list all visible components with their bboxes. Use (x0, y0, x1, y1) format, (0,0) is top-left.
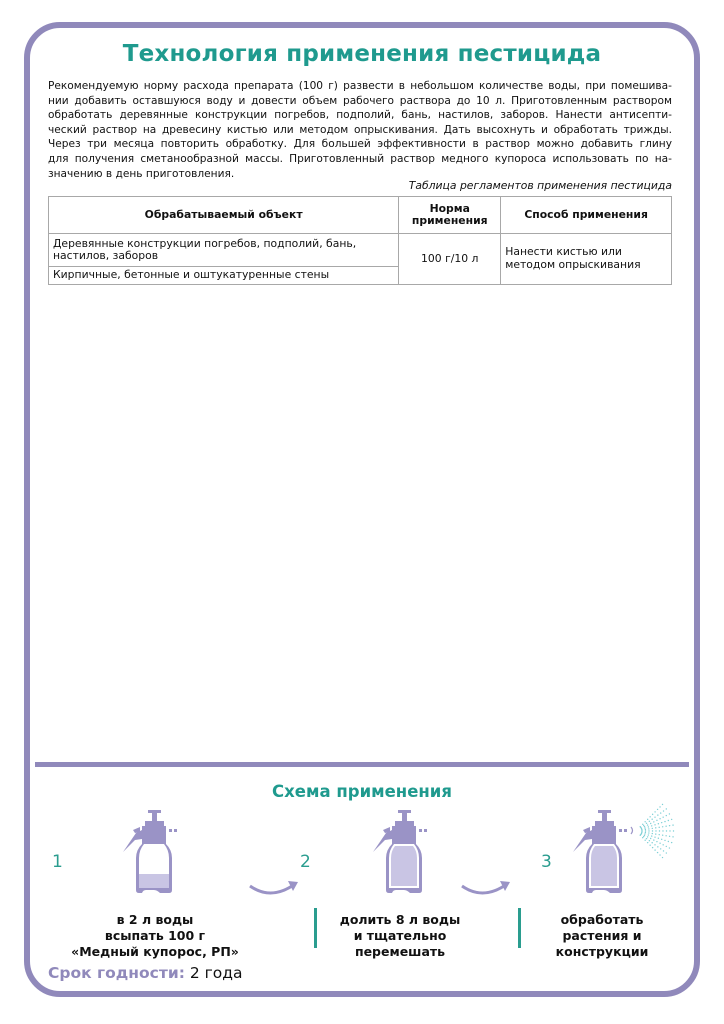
intro-line: обработать деревянные конструкции погреб… (48, 108, 672, 123)
intro-line: для получения сметанообразной массы. При… (48, 152, 672, 167)
step-text-line: перемешать (300, 944, 500, 960)
shelf-life-value: 2 года (190, 964, 243, 982)
step-3-text: обработать растения и конструкции (502, 912, 702, 960)
intro-line: нии добавить оставшуюся воду и довести о… (48, 94, 672, 109)
step-number: 1 (52, 852, 63, 872)
header-rate: Норма применения (399, 197, 501, 234)
step-text-line: всыпать 100 г (55, 928, 255, 944)
spray-bottle-full-icon (370, 808, 432, 896)
scheme-title: Схема применения (0, 782, 724, 801)
table-row: Деревянные конструкции погребов, подполи… (49, 234, 672, 267)
step-number: 2 (300, 852, 311, 872)
step-text-line: «Медный купорос, РП» (55, 944, 255, 960)
step-1-text: в 2 л воды всыпать 100 г «Медный купорос… (55, 912, 255, 960)
page-title: Технология применения пестицида (0, 41, 724, 67)
header-object: Обрабатываемый объект (49, 197, 399, 234)
shelf-life: Срок годности: 2 года (48, 964, 242, 982)
curved-arrow-icon (248, 878, 300, 902)
header-method: Способ применения (501, 197, 672, 234)
table-caption: Таблица регламентов применения пестицида (409, 179, 672, 192)
intro-line: Рекомендуемую норму расхода препарата (1… (48, 79, 672, 94)
step-text-line: конструкции (502, 944, 702, 960)
row-object: Кирпичные, бетонные и оштукатуренные сте… (49, 267, 399, 285)
curved-arrow-icon (460, 878, 512, 902)
step-text-line: растения и (502, 928, 702, 944)
step-number: 3 (541, 852, 552, 872)
step-2-text: долить 8 л воды и тщательно перемешать (300, 912, 500, 960)
spray-bottle-partially-filled-icon (120, 808, 182, 896)
spray-bottle-spraying-icon (570, 800, 680, 896)
step-text-line: и тщательно (300, 928, 500, 944)
row-object: Деревянные конструкции погребов, подполи… (49, 234, 399, 267)
intro-line: Через три месяца повторить обработку. Дл… (48, 137, 672, 152)
step-text-line: обработать (502, 912, 702, 928)
intro-paragraph: Рекомендуемую норму расхода препарата (1… (48, 79, 672, 181)
intro-line: ческий раствор на древесину кистью или м… (48, 123, 672, 138)
section-divider (35, 762, 689, 767)
regulations-table: Обрабатываемый объект Норма применения С… (48, 196, 672, 285)
step-text-line: в 2 л воды (55, 912, 255, 928)
rate-cell: 100 г/10 л (399, 234, 501, 285)
step-text-line: долить 8 л воды (300, 912, 500, 928)
shelf-life-label: Срок годности: (48, 964, 185, 982)
method-cell: Нанести кистью или методом опрыскивания (501, 234, 672, 285)
table-header-row: Обрабатываемый объект Норма применения С… (49, 197, 672, 234)
